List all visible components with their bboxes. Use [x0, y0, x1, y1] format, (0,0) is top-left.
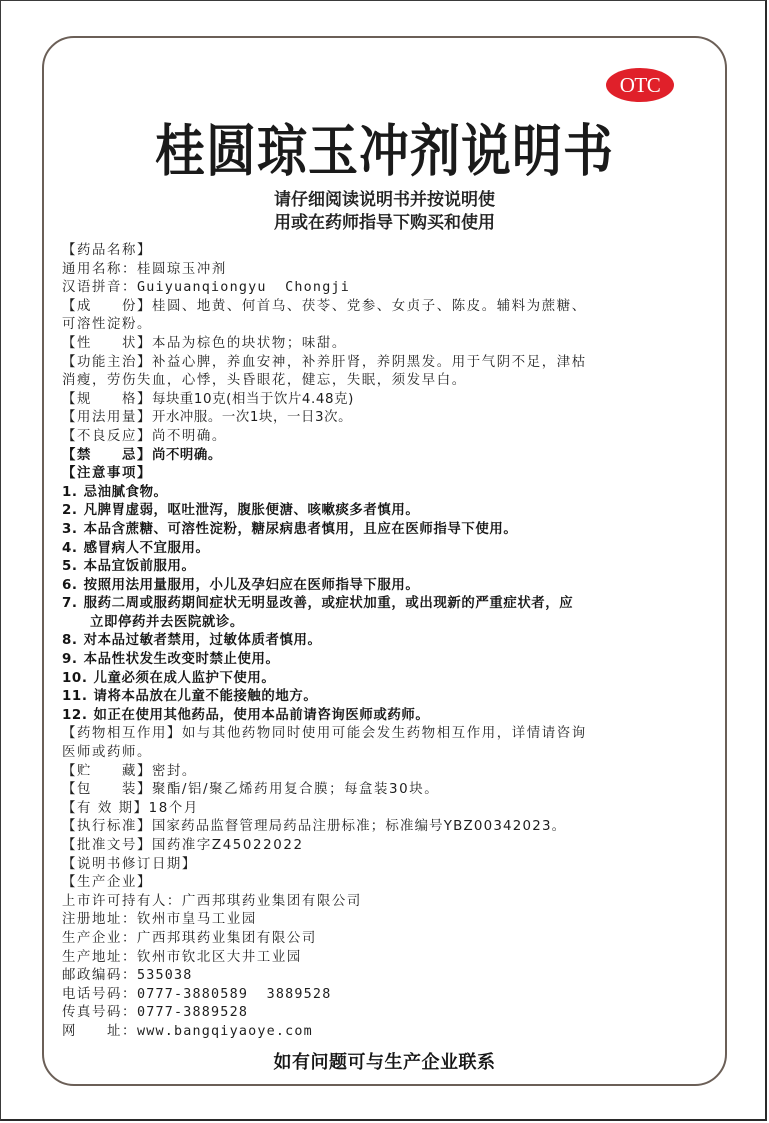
precaution-item: 6.按照用法用量服用，小儿及孕妇应在医师指导下服用。: [62, 577, 712, 596]
contra-label: 【禁 忌】: [62, 448, 152, 463]
phone-row: 电话号码：0777-3880589 3889528: [62, 986, 712, 1005]
leaflet-content: 【药品名称】 通用名称：桂圆琼玉冲剂 汉语拼音：Guiyuanqiongyu C…: [62, 242, 712, 1042]
generic-name: 通用名称：桂圆琼玉冲剂: [62, 261, 712, 280]
precaution-item: 5.本品宜饭前服用。: [62, 558, 712, 577]
spec-value: 每块重10克(相当于饮片4.48克): [152, 392, 354, 407]
ingredients-cont: 可溶性淀粉。: [62, 316, 712, 335]
precaution-item: 2.凡脾胃虚弱，呕吐泄泻，腹胀便溏、咳嗽痰多者慎用。: [62, 502, 712, 521]
adverse-value: 尚不明确。: [152, 429, 227, 444]
precaution-item: 12.如正在使用其他药品，使用本品前请咨询医师或药师。: [62, 707, 712, 726]
spec-label: 【规 格】: [62, 392, 152, 407]
indications-value: 补益心脾，养血安神，补养肝肾，养阴黑发。用于气阴不足，津枯: [152, 355, 587, 370]
pinyin-value: Guiyuanqiongyu Chongji: [137, 280, 350, 295]
pinyin-row: 汉语拼音：Guiyuanqiongyu Chongji: [62, 279, 712, 298]
subtitle-line-2: 用或在药师指导下购买和使用: [0, 212, 769, 234]
postcode-row: 邮政编码：535038: [62, 967, 712, 986]
prod-address-value: 钦州市钦北区大井工业园: [137, 950, 302, 965]
precaution-item: 9.本品性状发生改变时禁止使用。: [62, 651, 712, 670]
ingredients-label: 【成 份】: [62, 299, 152, 314]
website-row: 网 址：www.bangqiyaoye.com: [62, 1023, 712, 1042]
dosage-value: 开水冲服。一次1块，一日3次。: [152, 410, 352, 425]
approval-row: 【批准文号】国药准字Z45022022: [62, 837, 712, 856]
validity-value: 18个月: [149, 801, 199, 816]
holder-row: 上市许可持有人：广西邦琪药业集团有限公司: [62, 893, 712, 912]
fax-row: 传真号码：0777-3889528: [62, 1004, 712, 1023]
phone-value: 0777-3880589 3889528: [137, 987, 332, 1002]
package-row: 【包 装】聚酯/铝/聚乙烯药用复合膜；每盒装30块。: [62, 781, 712, 800]
interaction-value: 如与其他药物同时使用可能会发生药物相互作用，详情请咨询: [182, 726, 587, 741]
package-value: 聚酯/铝/聚乙烯药用复合膜；每盒装30块。: [152, 782, 439, 797]
reg-address-row: 注册地址：钦州市皇马工业园: [62, 911, 712, 930]
holder-value: 广西邦琪药业集团有限公司: [182, 894, 362, 909]
interaction-row: 【药物相互作用】如与其他药物同时使用可能会发生药物相互作用，详情请咨询: [62, 725, 712, 744]
otc-badge: OTC: [606, 68, 674, 102]
section-drug-name-header: 【药品名称】: [62, 242, 712, 261]
indications-label: 【功能主治】: [62, 355, 152, 370]
subtitle-line-1: 请仔细阅读说明书并按说明使: [0, 189, 769, 211]
revision-date-row: 【说明书修订日期】: [62, 856, 712, 875]
appearance-label: 【性 状】: [62, 336, 152, 351]
postcode-value: 535038: [137, 968, 193, 983]
footer-contact-note: 如有问题可与生产企业联系: [0, 1048, 769, 1074]
prod-address-row: 生产地址：钦州市钦北区大井工业园: [62, 949, 712, 968]
pinyin-label: 汉语拼音：: [62, 280, 137, 295]
ingredients-row: 【成 份】桂圆、地黄、何首乌、茯苓、党参、女贞子、陈皮。辅料为蔗糖、: [62, 298, 712, 317]
storage-value: 密封。: [152, 764, 197, 779]
precaution-item: 10.儿童必须在成人监护下使用。: [62, 670, 712, 689]
storage-row: 【贮 藏】密封。: [62, 763, 712, 782]
precaution-item: 8.对本品过敏者禁用，过敏体质者慎用。: [62, 632, 712, 651]
precautions-header: 【注意事项】: [62, 465, 712, 484]
page-title: 桂圆琼玉冲剂说明书: [0, 118, 769, 185]
dosage-row: 【用法用量】开水冲服。一次1块，一日3次。: [62, 409, 712, 428]
contraindications-row: 【禁 忌】尚不明确。: [62, 447, 712, 466]
producer-value: 广西邦琪药业集团有限公司: [137, 931, 317, 946]
manufacturer-header: 【生产企业】: [62, 874, 712, 893]
adverse-row: 【不良反应】尚不明确。: [62, 428, 712, 447]
interaction-cont: 医师或药师。: [62, 744, 712, 763]
standard-label: 【执行标准】: [62, 819, 152, 834]
spec-row: 【规 格】每块重10克(相当于饮片4.48克): [62, 391, 712, 410]
standard-value: 国家药品监督管理局药品注册标准；标准编号YBZ00342023。: [152, 819, 566, 834]
precaution-item: 11.请将本品放在儿童不能接触的地方。: [62, 688, 712, 707]
precaution-item: 4.感冒病人不宜服用。: [62, 540, 712, 559]
ingredients-value: 桂圆、地黄、何首乌、茯苓、党参、女贞子、陈皮。辅料为蔗糖、: [152, 299, 587, 314]
approval-value: 国药准字Z45022022: [152, 838, 304, 853]
standard-row: 【执行标准】国家药品监督管理局药品注册标准；标准编号YBZ00342023。: [62, 818, 712, 837]
indications-row: 【功能主治】补益心脾，养血安神，补养肝肾，养阴黑发。用于气阴不足，津枯: [62, 354, 712, 373]
dosage-label: 【用法用量】: [62, 410, 152, 425]
precaution-item: 1.忌油腻食物。: [62, 484, 712, 503]
fax-value: 0777-3889528: [137, 1005, 248, 1020]
adverse-label: 【不良反应】: [62, 429, 152, 444]
indications-cont: 消瘦，劳伤失血，心悸，头昏眼花，健忘，失眠，须发早白。: [62, 372, 712, 391]
appearance-value: 本品为棕色的块状物；味甜。: [152, 336, 347, 351]
reg-address-value: 钦州市皇马工业园: [137, 912, 257, 927]
validity-row: 【有 效 期】18个月: [62, 800, 712, 819]
package-label: 【包 装】: [62, 782, 152, 797]
otc-label: OTC: [620, 75, 661, 96]
precaution-item: 3.本品含蔗糖、可溶性淀粉，糖尿病患者慎用，且应在医师指导下使用。: [62, 521, 712, 540]
storage-label: 【贮 藏】: [62, 764, 152, 779]
precaution-item: 7.服药二周或服药期间症状无明显改善，或症状加重，或出现新的严重症状者，应立即停…: [62, 595, 712, 632]
website-link[interactable]: www.bangqiyaoye.com: [137, 1024, 313, 1039]
contra-value: 尚不明确。: [152, 448, 222, 463]
interaction-label: 【药物相互作用】: [62, 726, 182, 741]
validity-label: 【有 效 期】: [62, 801, 149, 816]
approval-label: 【批准文号】: [62, 838, 152, 853]
producer-row: 生产企业：广西邦琪药业集团有限公司: [62, 930, 712, 949]
appearance-row: 【性 状】本品为棕色的块状物；味甜。: [62, 335, 712, 354]
